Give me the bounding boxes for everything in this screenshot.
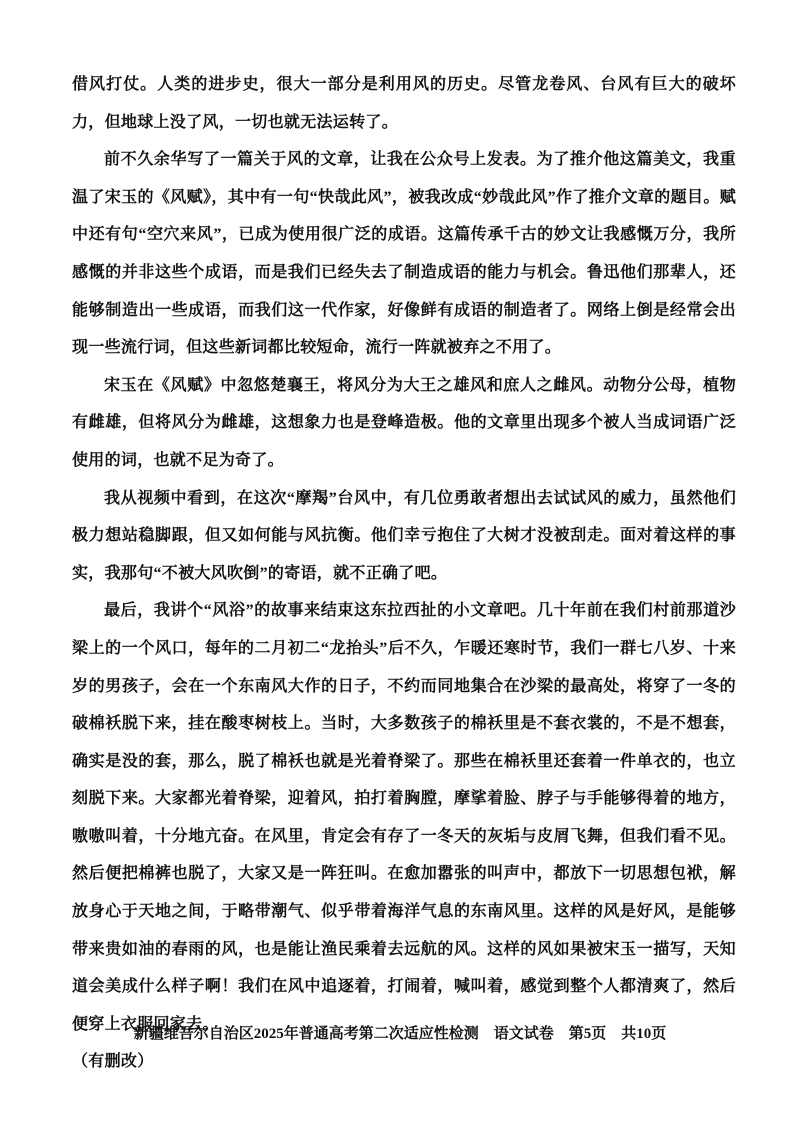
body-paragraph: 最后，我讲个“风浴”的故事来结束这东拉西扯的小文章吧。几十年前在我们村前那道沙梁… [72, 592, 736, 1043]
body-paragraph: 宋玉在《风赋》中忽悠楚襄王，将风分为大王之雄风和庶人之雌风。动物分公母，植物有雌… [72, 367, 736, 480]
body-paragraph: 我从视频中看到，在这次“摩羯”台风中，有几位勇敢者想出去试试风的威力，虽然他们极… [72, 480, 736, 593]
page-footer: 新疆维吾尔自治区2025年普通高考第二次适应性检测 语文试卷 第5页 共10页 [0, 1022, 800, 1046]
attribution-note: （有删改） [72, 1043, 736, 1081]
body-paragraph: 借风打仗。人类的进步史，很大一部分是利用风的历史。尽管龙卷风、台风有巨大的破坏力… [72, 66, 736, 141]
essay-body: 借风打仗。人类的进步史，很大一部分是利用风的历史。尽管龙卷风、台风有巨大的破坏力… [72, 66, 736, 1081]
exam-paper-page: 借风打仗。人类的进步史，很大一部分是利用风的历史。尽管龙卷风、台风有巨大的破坏力… [0, 0, 800, 1131]
body-paragraph: 前不久余华写了一篇关于风的文章，让我在公众号上发表。为了推介他这篇美文，我重温了… [72, 141, 736, 367]
